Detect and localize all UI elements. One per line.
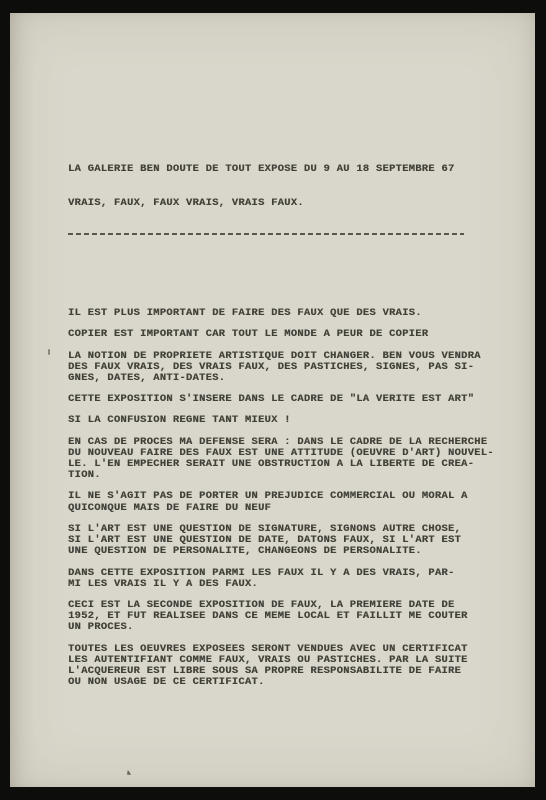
heading-line-1: LA GALERIE BEN DOUTE DE TOUT EXPOSE DU 9… [68, 164, 476, 175]
text-line: TION. [68, 470, 476, 481]
paragraph: DANS CETTE EXPOSITION PARMI LES FAUX IL … [68, 568, 476, 590]
paragraph: CECI EST LA SECONDE EXPOSITION DE FAUX, … [68, 600, 476, 634]
paragraph: COPIER EST IMPORTANT CAR TOUT LE MONDE A… [68, 329, 476, 340]
stray-ink-mark [127, 770, 131, 775]
text-line: UNE QUESTION DE PERSONALITE, CHANGEONS D… [68, 546, 476, 557]
text-line: IL NE S'AGIT PAS DE PORTER UN PREJUDICE … [68, 491, 476, 502]
paragraph: EN CAS DE PROCES MA DEFENSE SERA : DANS … [68, 437, 476, 482]
text-line: UN PROCES. [68, 622, 476, 633]
text-line: IL EST PLUS IMPORTANT DE FAIRE DES FAUX … [68, 308, 476, 319]
heading-line-2: VRAIS, FAUX, FAUX VRAIS, VRAIS FAUX. [68, 198, 476, 209]
paragraph: TOUTES LES OEUVRES EXPOSEES SERONT VENDU… [68, 644, 476, 689]
typewritten-text: LA GALERIE BEN DOUTE DE TOUT EXPOSE DU 9… [68, 108, 476, 732]
heading: LA GALERIE BEN DOUTE DE TOUT EXPOSE DU 9… [68, 142, 476, 258]
text-line: MI LES VRAIS IL Y A DES FAUX. [68, 579, 476, 590]
text-line: COPIER EST IMPORTANT CAR TOUT LE MONDE A… [68, 329, 476, 340]
text-line: OU NON USAGE DE CE CERTIFICAT. [68, 677, 476, 688]
paragraph: CETTE EXPOSITION S'INSERE DANS LE CADRE … [68, 394, 476, 405]
dashed-underline [68, 233, 464, 235]
paragraph: IL EST PLUS IMPORTANT DE FAIRE DES FAUX … [68, 308, 476, 319]
text-line: GNES, DATES, ANTI-DATES. [68, 373, 476, 384]
paragraphs: IL EST PLUS IMPORTANT DE FAIRE DES FAUX … [68, 308, 476, 688]
text-line: SI LA CONFUSION REGNE TANT MIEUX ! [68, 415, 476, 426]
paragraph: SI LA CONFUSION REGNE TANT MIEUX ! [68, 415, 476, 426]
text-line: CETTE EXPOSITION S'INSERE DANS LE CADRE … [68, 394, 476, 405]
paragraph: IL NE S'AGIT PAS DE PORTER UN PREJUDICE … [68, 491, 476, 513]
stray-ink-mark [48, 349, 50, 355]
paragraph: LA NOTION DE PROPRIETE ARTISTIQUE DOIT C… [68, 351, 476, 385]
text-line: LE. L'EN EMPECHER SERAIT UNE OBSTRUCTION… [68, 459, 476, 470]
paragraph: SI L'ART EST UNE QUESTION DE SIGNATURE, … [68, 524, 476, 558]
text-line: QUICONQUE MAIS DE FAIRE DU NEUF [68, 503, 476, 514]
scanned-paper: LA GALERIE BEN DOUTE DE TOUT EXPOSE DU 9… [10, 13, 535, 787]
